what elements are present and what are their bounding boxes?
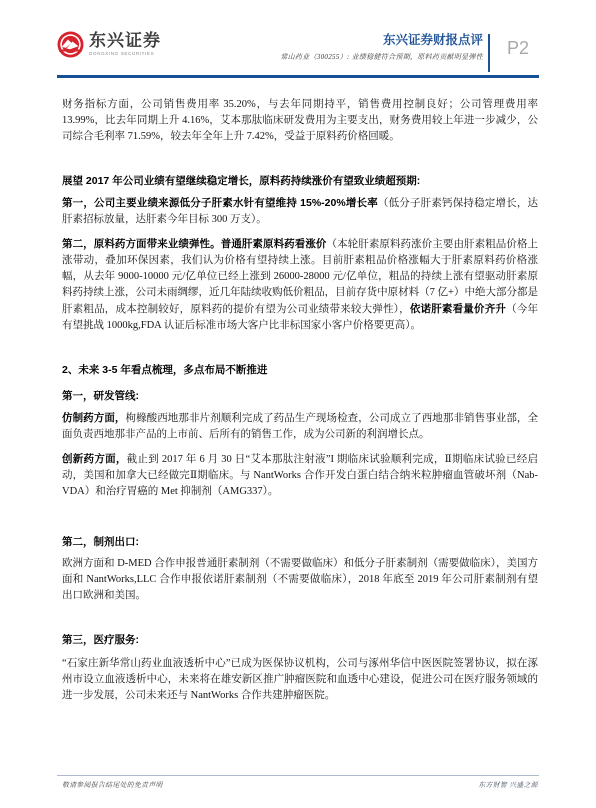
logo-en-name: DONGXING SECURITIES (89, 51, 161, 56)
text-segment: 财务指标方面，公司销售费用率 35.20%，与去年同期持平，销售费用控制良好；公… (62, 99, 538, 142)
text-segment-bold: 仿制药方面， (62, 412, 125, 424)
text-segment: 欧洲方面和 D-MED 合作申报普通肝素制剂（不需要做临床）和低分子肝素制剂（需… (62, 558, 538, 601)
heading-section-2: 2、未来 3-5 年看点梳理，多点布局不断推进 (62, 362, 538, 378)
text-segment: 枸橼酸西地那非片剂顺利完成了药品生产现场检查，公司成立了西地那非销售事业部，全面… (62, 413, 538, 440)
text-segment-bold: 创新药方面， (62, 453, 127, 465)
text-segment-bold: 依诺肝素看量价齐升 (410, 303, 506, 315)
text-segment-bold: 第二，原料药方面带来业绩弹性。普通肝素原料药看涨价 (62, 238, 327, 250)
page-number: P2 (497, 38, 539, 59)
logo-text: 东兴证券 DONGXING SECURITIES (89, 31, 161, 56)
report-type-title: 东兴证券财报点评 (153, 33, 483, 48)
heading-medical-services: 第三，医疗服务: (62, 632, 538, 648)
dongxing-logo-icon (57, 31, 84, 58)
logo-cn-name: 东兴证券 (89, 31, 161, 50)
paragraph-financial-metrics: 财务指标方面，公司销售费用率 35.20%，与去年同期持平，销售费用控制良好；公… (62, 97, 538, 145)
footer-slogan: 东方财智 兴盛之源 (478, 779, 538, 789)
header-rule (57, 75, 539, 78)
paragraph-formulation-export: 欧洲方面和 D-MED 合作申报普通肝素制剂（不需要做临床）和低分子肝素制剂（需… (62, 556, 538, 604)
report-page: 东兴证券 DONGXING SECURITIES 东兴证券财报点评 常山药业（3… (0, 0, 596, 808)
text-segment-bold: 第一，公司主要业绩来源低分子肝素水针有望维持 15%-20%增长率 (62, 197, 378, 209)
paragraph-point-one: 第一，公司主要业绩来源低分子肝素水针有望维持 15%-20%增长率（低分子肝素钙… (62, 195, 538, 228)
header-vertical-divider (488, 34, 490, 72)
heading-rnd-pipeline: 第一，研发管线: (62, 388, 538, 404)
report-subtitle: 常山药业（300255）: 业绩稳健符合预期，原料药贡献明显弹性 (153, 52, 483, 62)
text-segment: “石家庄新华常山药业血液透析中心”已成为医保协议机构，公司与涿州华信中医医院签署… (62, 658, 538, 701)
text-segment: 截止到 2017 年 6 月 30 日“艾本那肽注射液”I 期临床试验顺利完成，… (62, 454, 538, 497)
report-header: 东兴证券 DONGXING SECURITIES 东兴证券财报点评 常山药业（3… (0, 0, 596, 80)
footer-rule (57, 775, 539, 776)
report-body: 财务指标方面，公司销售费用率 35.20%，与去年同期持平，销售费用控制良好；公… (62, 91, 538, 704)
paragraph-medical-services: “石家庄新华常山药业血液透析中心”已成为医保协议机构，公司与涿州华信中医医院签署… (62, 656, 538, 704)
dongxing-logo: 东兴证券 DONGXING SECURITIES (57, 31, 161, 58)
header-title-block: 东兴证券财报点评 常山药业（300255）: 业绩稳健符合预期，原料药贡献明显弹… (153, 33, 483, 62)
heading-2017-outlook: 展望 2017 年公司业绩有望继续稳定增长，原料药持续涨价有望致业绩超预期: (62, 173, 538, 189)
paragraph-innovative-drugs: 创新药方面，截止到 2017 年 6 月 30 日“艾本那肽注射液”I 期临床试… (62, 451, 538, 500)
paragraph-generic-drugs: 仿制药方面，枸橼酸西地那非片剂顺利完成了药品生产现场检查，公司成立了西地那非销售… (62, 410, 538, 443)
footer-disclaimer: 敬请参阅报告结尾处的免责声明 (62, 779, 163, 789)
paragraph-point-two: 第二，原料药方面带来业绩弹性。普通肝素原料药看涨价（本轮肝素原料药涨价主要由肝素… (62, 236, 538, 334)
heading-formulation-export: 第二，制剂出口: (62, 534, 538, 550)
